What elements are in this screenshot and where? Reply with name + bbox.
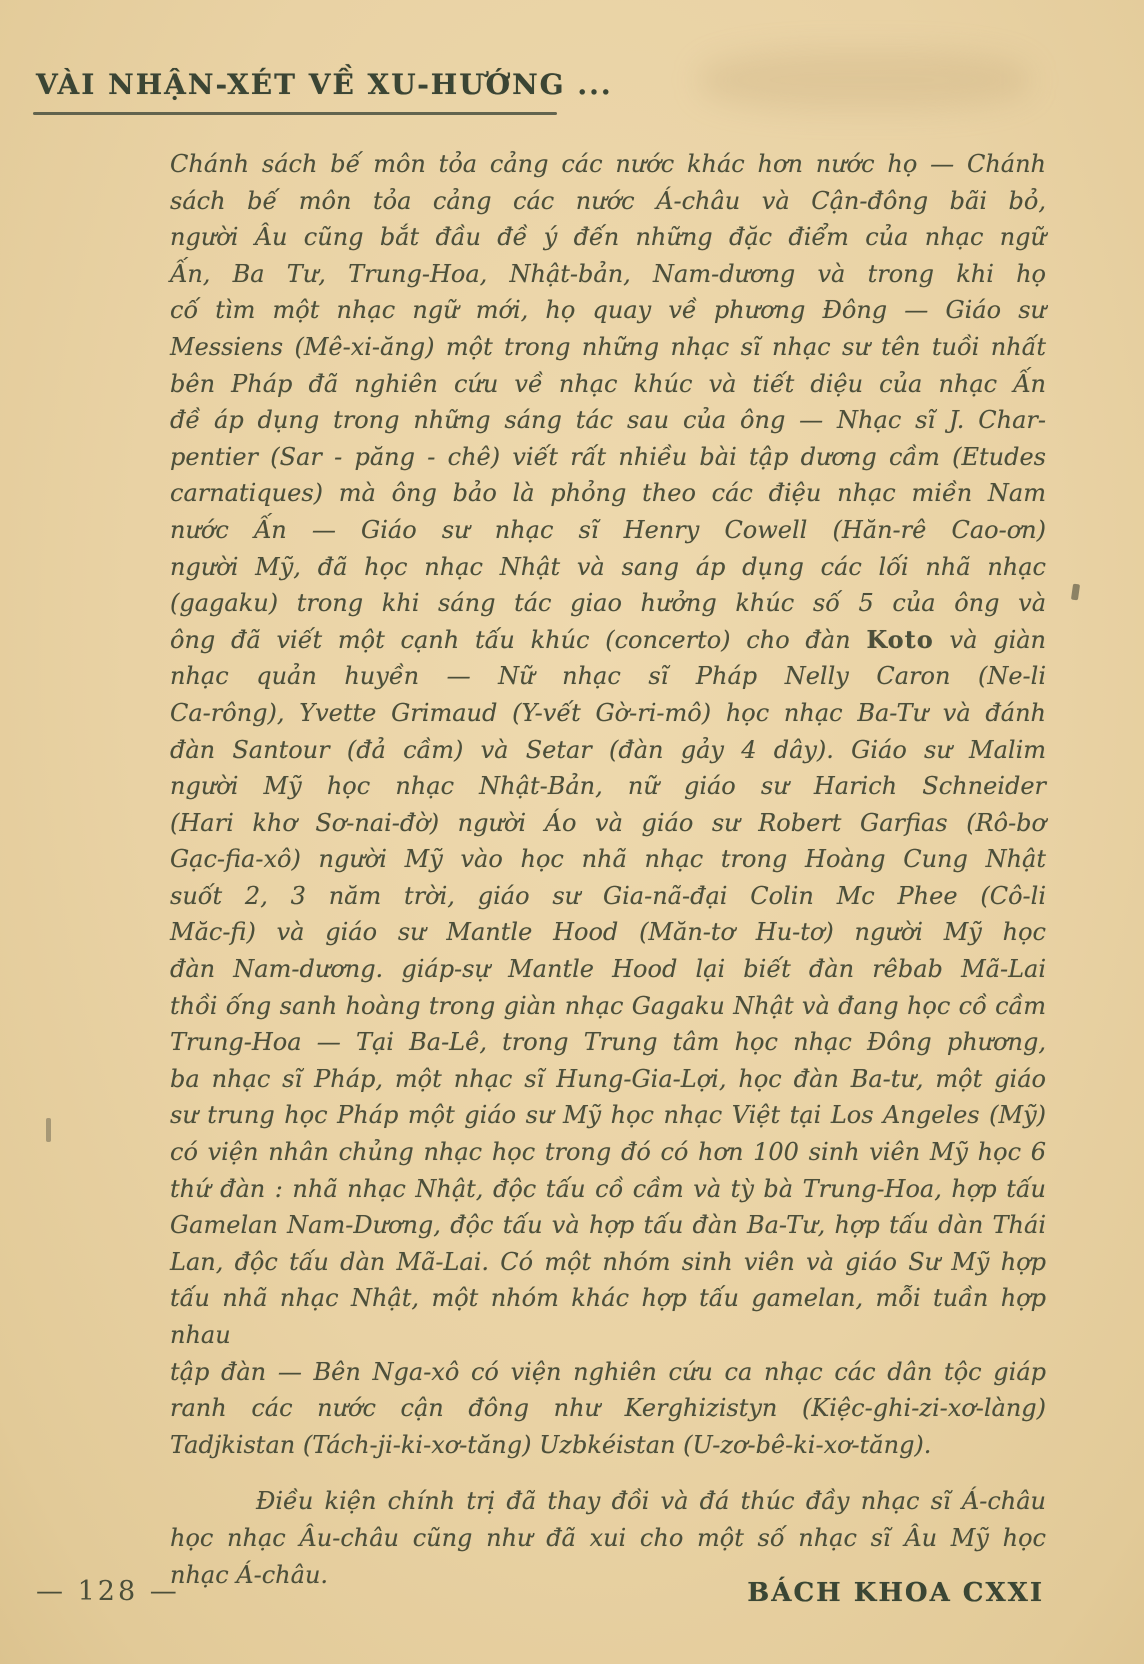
text-line: có viện nhân chủng nhạc học trong đó có …	[170, 1134, 1046, 1171]
text-line: Lan, độc tấu dàn Mã-Lai. Có một nhóm sin…	[170, 1244, 1046, 1281]
text-line: Chánh sách bế môn tỏa cảng các nước khác…	[170, 146, 1046, 183]
text-line: cố tìm một nhạc ngữ mới, họ quay về phươ…	[170, 292, 1046, 329]
text-line: suốt 2, 3 năm trời, giáo sư Gia-nã-đại C…	[170, 878, 1046, 915]
text-line: ba nhạc sĩ Pháp, một nhạc sĩ Hung-Gia-Lợ…	[170, 1061, 1046, 1098]
text-line: Gạc-fia-xô) người Mỹ vào học nhã nhạc tr…	[170, 841, 1046, 878]
scan-smudge	[700, 50, 1030, 110]
article-body: Chánh sách bế môn tỏa cảng các nước khác…	[170, 146, 1046, 1593]
text-line: đàn Nam-dương. giáp-sự Mantle Hood lại b…	[170, 951, 1046, 988]
text-line: Điều kiện chính trị đã thay đồi và đá th…	[170, 1483, 1046, 1520]
scanned-page: VÀI NHẬN-XÉT VỀ XU-HƯỚNG ... Chánh sách …	[0, 0, 1144, 1664]
header-underline	[33, 112, 557, 115]
text-line: Ca-rông), Yvette Grimaud (Y-vết Gờ-ri-mô…	[170, 695, 1046, 732]
text-line: sư trung học Pháp một giáo sư Mỹ học nhạ…	[170, 1097, 1046, 1134]
text-line: ranh các nước cận đông như Kerghizistyn …	[170, 1390, 1046, 1427]
text-line: học nhạc Âu-châu cũng như đã xui cho một…	[170, 1520, 1046, 1557]
text-line: tấu nhã nhạc Nhật, một nhóm khác hợp tấu…	[170, 1280, 1046, 1353]
text-line: Tadjkistan (Tách-ji-ki-xơ-tăng) Uzbkéist…	[170, 1427, 1046, 1464]
text-line: bên Pháp đã nghiên cứu về nhạc khúc và t…	[170, 366, 1046, 403]
scan-artifact	[1071, 584, 1080, 601]
text-line: người Mỹ, đã học nhạc Nhật và sang áp dụ…	[170, 549, 1046, 586]
text-line: thứ đàn : nhã nhạc Nhật, độc tấu cồ cầm …	[170, 1171, 1046, 1208]
text-line: pentier (Sar - păng - chê) viết rất nhiề…	[170, 439, 1046, 476]
text-line: Ấn, Ba Tư, Trung-Hoa, Nhật-bản, Nam-dươn…	[170, 256, 1046, 293]
text-line: Trung-Hoa — Tại Ba-Lê, trong Trung tâm h…	[170, 1024, 1046, 1061]
text-line: sách bế môn tỏa cảng các nước Á-châu và …	[170, 183, 1046, 220]
text-line: ông đã viết một cạnh tấu khúc (concerto)…	[170, 622, 1046, 659]
text-line: (gagaku) trong khi sáng tác giao hưởng k…	[170, 585, 1046, 622]
text-line: đề áp dụng trong những sáng tác sau của …	[170, 402, 1046, 439]
paragraph-1: Chánh sách bế môn tỏa cảng các nước khác…	[170, 146, 1046, 1463]
publication-name: BÁCH KHOA CXXI	[747, 1578, 1044, 1608]
text-line: Messiens (Mê-xi-ăng) một trong những nhạ…	[170, 329, 1046, 366]
bold-term: Koto	[866, 625, 933, 654]
scan-artifact	[46, 1118, 51, 1142]
text-line: người Âu cũng bắt đầu đề ý đến những đặc…	[170, 219, 1046, 256]
text-line: nhạc quản huyền — Nữ nhạc sĩ Pháp Nelly …	[170, 658, 1046, 695]
text-line: tập đàn — Bên Nga-xô có viện nghiên cứu …	[170, 1354, 1046, 1391]
text-line: người Mỹ học nhạc Nhật-Bản, nữ giáo sư H…	[170, 768, 1046, 805]
text-line: Gamelan Nam-Dương, độc tấu và hợp tấu đà…	[170, 1207, 1046, 1244]
page-header-title: VÀI NHẬN-XÉT VỀ XU-HƯỚNG ...	[36, 68, 613, 101]
text-line: carnatiques) mà ông bảo là phỏng theo cá…	[170, 475, 1046, 512]
text-line: đàn Santour (đả cầm) và Setar (đàn gảy 4…	[170, 732, 1046, 769]
text-line: (Hari khơ Sơ-nai-đờ) người Áo và giáo sư…	[170, 805, 1046, 842]
page-number: — 128 —	[36, 1576, 180, 1607]
text-line: thồi ống sanh hoàng trong giàn nhạc Gaga…	[170, 988, 1046, 1025]
paragraph-2: Điều kiện chính trị đã thay đồi và đá th…	[170, 1483, 1046, 1593]
text-line: Măc-fi) và giáo sư Mantle Hood (Măn-tơ H…	[170, 914, 1046, 951]
text-line: nước Ấn — Giáo sư nhạc sĩ Henry Cowell (…	[170, 512, 1046, 549]
